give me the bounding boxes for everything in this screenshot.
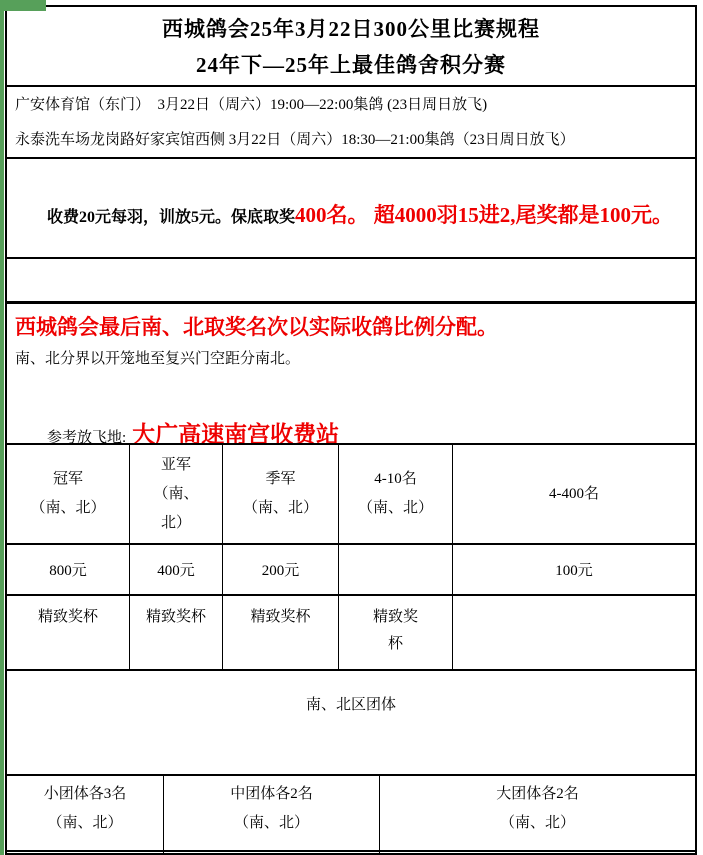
header-line: 4-10名 <box>374 465 417 494</box>
team-line: 小团体各3名 <box>7 780 163 809</box>
prize-trophy-row: 精致奖杯 精致奖杯 精致奖杯 精致奖杯 <box>7 594 695 669</box>
header-line: （南、北） <box>30 494 105 523</box>
page-subtitle: 24年下—25年上最佳鸽舍积分赛 <box>7 47 695 83</box>
trophy-4to10: 精致奖杯 <box>338 596 452 669</box>
prize-money-runnerup: 400元 <box>129 545 222 594</box>
prize-header-runnerup: 亚军 （南、 北） <box>129 445 222 543</box>
prize-header-third: 季军 （南、北） <box>222 445 338 543</box>
header-line: 冠军 <box>53 465 83 494</box>
header-line: 亚军 <box>161 451 191 480</box>
prize-header-row: 冠军 （南、北） 亚军 （南、 北） 季军 （南、北） 4-10名 （南、北） … <box>7 443 695 543</box>
team-line: （南、北） <box>380 809 695 838</box>
distribution-section: 西城鸽会最后南、北取奖名次以实际收鸽比例分配。 南、北分界以开笼地至复兴门空距分… <box>7 301 695 443</box>
trophy-champion: 精致奖杯 <box>7 596 129 669</box>
location-line-2: 永泰洗车场龙岗路好家宾馆西侧 3月22日（周六）18:30—21:00集鸽（23… <box>15 123 695 157</box>
race-rules-sheet: 西城鸽会25年3月22日300公里比赛规程 24年下—25年上最佳鸽舍积分赛 广… <box>5 5 697 855</box>
fee-section: 收费20元每羽，训放5元。保底取奖400名。 超4000羽15进2,尾奖都是10… <box>7 157 695 257</box>
release-site-name: 大广高速南宫收费站 <box>132 422 339 443</box>
prize-money-champion: 800元 <box>7 545 129 594</box>
prize-money-4to400: 100元 <box>452 545 695 594</box>
team-group-row: 南、北区团体 <box>7 669 695 774</box>
distribution-headline: 西城鸽会最后南、北取奖名次以实际收鸽比例分配。 <box>15 310 689 344</box>
header-line: （南、 <box>153 480 198 509</box>
spreadsheet-canvas: 西城鸽会25年3月22日300公里比赛规程 24年下—25年上最佳鸽舍积分赛 广… <box>0 0 703 855</box>
location-line-1: 广安体育馆（东门） 3月22日（周六）19:00—22:00集鸽 (23日周日放… <box>15 88 695 123</box>
trophy-third: 精致奖杯 <box>222 596 338 669</box>
header-line: 季军 <box>265 465 295 494</box>
team-large: 大团体各2名 （南、北） <box>379 776 695 850</box>
header-line: 北） <box>161 509 191 538</box>
page-title: 西城鸽会25年3月22日300公里比赛规程 <box>7 11 695 47</box>
fee-line: 收费20元每羽，训放5元。保底取奖400名。 超4000羽15进2,尾奖都是10… <box>15 164 689 257</box>
boundary-note: 南、北分界以开笼地至复兴门空距分南北。 <box>15 344 689 375</box>
header-line: 4-400名 <box>549 480 599 509</box>
prize-header-4to10: 4-10名 （南、北） <box>338 445 452 543</box>
team-group-header: 南、北区团体 <box>7 671 695 774</box>
cutoff-row <box>7 850 695 855</box>
prize-money-third: 200元 <box>222 545 338 594</box>
fee-text-black: 收费20元每羽，训放5元。保底取奖 <box>47 209 295 226</box>
spacer-row <box>7 257 695 301</box>
header-line: （南、北） <box>358 494 433 523</box>
header-line: （南、北） <box>243 494 318 523</box>
team-detail-row: 小团体各3名 （南、北） 中团体各2名 （南、北） 大团体各2名 （南、北） <box>7 774 695 850</box>
title-block: 西城鸽会25年3月22日300公里比赛规程 24年下—25年上最佳鸽舍积分赛 <box>7 7 695 85</box>
team-line: （南、北） <box>164 809 379 838</box>
collection-locations: 广安体育馆（东门） 3月22日（周六）19:00—22:00集鸽 (23日周日放… <box>7 85 695 157</box>
release-site-line: 参考放飞地:大广高速南宫收费站 <box>15 375 689 443</box>
prize-header-4to400: 4-400名 <box>452 445 695 543</box>
team-medium: 中团体各2名 （南、北） <box>163 776 379 850</box>
team-line: 大团体各2名 <box>380 780 695 809</box>
team-line: （南、北） <box>7 809 163 838</box>
release-site-label: 参考放飞地: <box>47 430 126 443</box>
trophy-wrapped-text: 精致奖杯 <box>372 604 420 658</box>
team-line: 中团体各2名 <box>164 780 379 809</box>
fee-text-red: 400名。 超4000羽15进2,尾奖都是100元。 <box>295 203 673 227</box>
sheet-left-accent <box>0 0 4 855</box>
trophy-runnerup: 精致奖杯 <box>129 596 222 669</box>
prize-header-champion: 冠军 （南、北） <box>7 445 129 543</box>
team-small: 小团体各3名 （南、北） <box>7 776 163 850</box>
prize-money-4to10 <box>338 545 452 594</box>
sheet-corner-accent <box>0 0 46 11</box>
trophy-4to400 <box>452 596 695 669</box>
prize-money-row: 800元 400元 200元 100元 <box>7 543 695 594</box>
